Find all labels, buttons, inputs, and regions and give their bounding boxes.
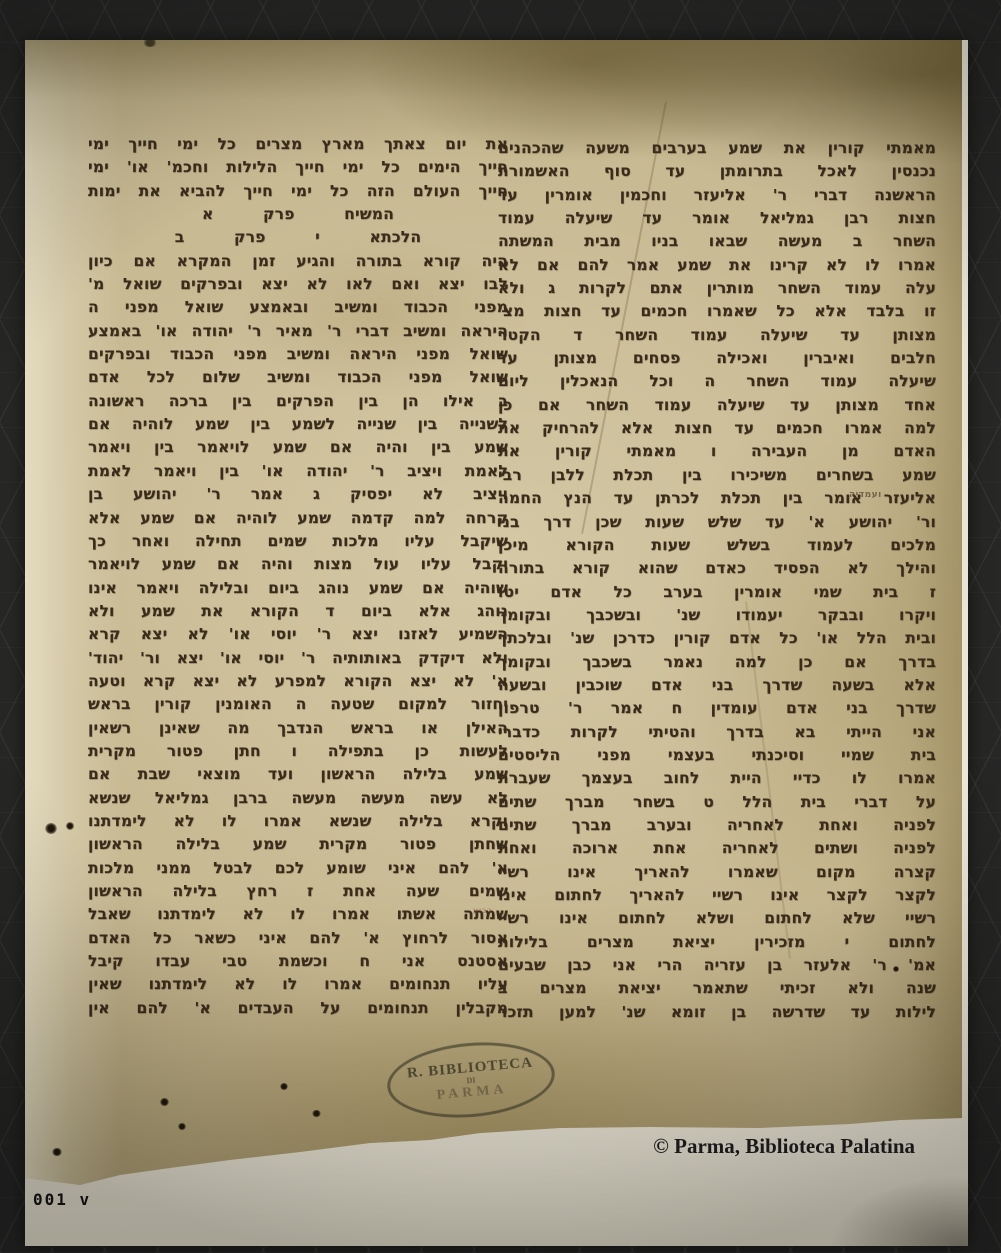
- manuscript-line: לפניה ואחת לאחריה ובערב מברך שתים: [498, 814, 936, 837]
- manuscript-line: השמיע לאזנו יצא ר' יוסי או' לא יצא קרא: [88, 623, 508, 646]
- manuscript-line: מקבלין תנחומים על העבדים א' להם אין: [88, 997, 508, 1020]
- manuscript-line: ויציב לא יפסיק ג אמר ר' יהושע בן: [88, 483, 508, 506]
- manuscript-line: חלבים ואיברין ואכילה פסחים מצותן עד: [498, 347, 936, 370]
- manuscript-line: האדם מן העבירה ו מאמתי קורין את: [498, 440, 936, 463]
- manuscript-line: את יום צאתך מארץ מצרים כל ימי חייך ימי: [88, 133, 508, 156]
- manuscript-line: ולא דיקדק באותותיה ר' יוסי או' יצא ור' י…: [88, 647, 508, 670]
- credit-line: © Parma, Biblioteca Palatina: [653, 1134, 915, 1159]
- manuscript-line: לקצר לקצר אינו רשיי להאריך לחתום אינו: [498, 884, 936, 907]
- manuscript-line: היה קורא בתורה והגיע זמן המקרא אם כיון: [88, 250, 508, 273]
- manuscript-line: שיקבל עליו מלכות שמים תחילה ואחר כך: [88, 530, 508, 553]
- manuscript-line: לאמת ויציב ר' יהודה או' בין ויאמר לאמת: [88, 460, 508, 483]
- manuscript-line: והילך לא הפסיד כאדם שהוא קורא בתורה: [498, 557, 936, 580]
- wormhole: [45, 823, 57, 834]
- manuscript-line: שואל מפני הכבוד ומשיב שלום לכל אדם: [88, 366, 508, 389]
- manuscript-line: מפני הכבוד ומשיב ובאמצע שואל מפני ה: [88, 296, 508, 319]
- manuscript-column-left: את יום צאתך מארץ מצרים כל ימי חייך ימיחי…: [88, 133, 508, 1020]
- manuscript-line: בית שמיי וסיכנתי בעצמי מפני הליסטים: [498, 744, 936, 767]
- manuscript-line: שדרך בני אדם עומדין ח אמר ר' טרפון: [498, 697, 936, 720]
- manuscript-line: אמרו לו לא קרינו את שמע אמר להם אם לא: [498, 254, 936, 277]
- folio-label: 001 v: [33, 1190, 91, 1209]
- manuscript-line: רשיי שלא לחתום ושלא לחתום אינו רשיי: [498, 907, 936, 930]
- manuscript-line: אסור לרחוץ א' להם איני כשאר כל האדם: [88, 927, 508, 950]
- marginal-gloss: ועמדיה: [849, 490, 882, 500]
- manuscript-line: למה אמרו חכמים עד חצות אלא להרחיק את: [498, 417, 936, 440]
- manuscript-line: ז בית שמי אומרין בערב כל אדם יטו: [498, 581, 936, 604]
- manuscript-line: קצרה מקום שאמרו להאריך אינו רשיי: [498, 861, 936, 884]
- manuscript-line: שמע בשחרים משיכירו בין תכלת ללבן רבי: [498, 464, 936, 487]
- manuscript-line: אני הייתי בא בדרך והטיתי לקרות כדברי: [498, 721, 936, 744]
- manuscript-page: מאמתי קורין את שמע בערבים משעה שהכהניםנכ…: [25, 40, 962, 1190]
- manuscript-line: היראה ומשיב דברי ר' מאיר ר' יהודה או' בא…: [88, 320, 508, 343]
- wormhole: [66, 822, 74, 830]
- manuscript-line: שמתה אשתו אמרו לו לא לימדתנו שאבל: [88, 903, 508, 926]
- photo-backdrop: מאמתי קורין את שמע בערבים משעה שהכהניםנכ…: [0, 0, 1001, 1253]
- manuscript-line: וקרא בלילה שנשא אמרו לו לא לימדתנו: [88, 810, 508, 833]
- wormhole: [280, 1083, 288, 1090]
- wormhole: [178, 1123, 186, 1130]
- manuscript-line: יחזור למקום שטעה ה האומנין קורין בראש: [88, 693, 508, 716]
- manuscript-line: זו בלבד אלא כל שאמרו חכמים עד חצות מצ': [498, 300, 936, 323]
- manuscript-line: אסטנס אני ח וכשמת טבי עבדו קיבל: [88, 950, 508, 973]
- manuscript-line: השחר ב מעשה שבאו בניו מבית המשתה: [498, 230, 936, 253]
- gutter-gloss: רביע: [473, 906, 492, 915]
- manuscript-line: חייך הימים כל ימי חייך הלילות וחכמ' או' …: [88, 156, 508, 179]
- manuscript-line: מלכים לעמוד בשלש שעות הקורא מיכן: [498, 534, 936, 557]
- manuscript-line: מצותן עד שיעלה עמוד השחר ד הקטר: [498, 324, 936, 347]
- manuscript-line: בדרך אם כן למה נאמר בשכבך ובקומך: [498, 651, 936, 674]
- manuscript-line: האילן או בראש הנדבך מה שאינן רשאין: [88, 717, 508, 740]
- manuscript-line: א' לא יצא הקורא למפרע לא יצא קרא וטעה: [88, 670, 508, 693]
- stamp-text: PARMA: [436, 1082, 508, 1103]
- manuscript-line: אמ' ר' אלעזר בן עזריה הרי אני כבן שבעים: [498, 954, 936, 977]
- wormhole: [893, 966, 899, 972]
- manuscript-line: ב אילו הן בין הפרקים בין ברכה ראשונה: [88, 390, 508, 413]
- manuscript-line: לבו יצא ואם לאו לא יצא ובפרקים שואל מ': [88, 273, 508, 296]
- manuscript-line: שיעלה עמוד השחר ה וכל הנאכלין ליום: [498, 370, 936, 393]
- photo-mount: מאמתי קורין את שמע בערבים משעה שהכהניםנכ…: [25, 40, 968, 1246]
- manuscript-line: עליו תנחומים אמרו לו לא לימדתנו שאין: [88, 973, 508, 996]
- manuscript-line: שמים שעה אחת ז רחץ בלילה הראשון: [88, 880, 508, 903]
- manuscript-line: קרחה למה קדמה שמע לוהיה אם שמע אלא: [88, 507, 508, 530]
- manuscript-line: לחתום י מזכירין יציאת מצרים בלילות: [498, 931, 936, 954]
- manuscript-line: ובית הלל או' כל אדם קורין כדרכן שנ' ובלכ…: [498, 627, 936, 650]
- manuscript-line: שמע בלילה הראשון ועד מוצאי שבת אם: [88, 763, 508, 786]
- library-stamp: R. BIBLIOTECA DI PARMA: [384, 1036, 558, 1124]
- ink-spot: [143, 38, 157, 47]
- manuscript-line: שוהיה אם שמע נוהג ביום ובלילה ויאמר אינו: [88, 577, 508, 600]
- manuscript-line: חצות רבן גמליאל אומר עד שיעלה עמוד: [498, 207, 936, 230]
- manuscript-line: אחד מצותן עד שיעלה עמוד השחר אם כן: [498, 394, 936, 417]
- manuscript-line: הלכתא י פרק ב: [88, 226, 508, 249]
- manuscript-line: חייך העולם הזה כל ימי חייך להביא את ימות: [88, 180, 508, 203]
- manuscript-line: על דברי בית הלל ט בשחר מברך שתים: [498, 791, 936, 814]
- manuscript-line: המשיח פרק א: [88, 203, 508, 226]
- manuscript-line: מאמתי קורין את שמע בערבים משעה שהכהנים: [498, 137, 936, 160]
- wormhole: [312, 1110, 321, 1117]
- manuscript-line: עלה עמוד השחר מותרין אתם לקרות ג ולא: [498, 277, 936, 300]
- wormhole: [160, 1098, 169, 1106]
- manuscript-line: נכנסין לאכל בתרומתן עד סוף האשמורת: [498, 160, 936, 183]
- manuscript-line: אמרו לו כדיי היית לחוב בעצמך שעברת: [498, 767, 936, 790]
- manuscript-line: שחתן פטור מקרית שמע בלילה הראשון: [88, 833, 508, 856]
- manuscript-column-right: מאמתי קורין את שמע בערבים משעה שהכהניםנכ…: [498, 137, 936, 1024]
- manuscript-line: אלא בשעה שדרך בני אדם שוכבין ובשעה: [498, 674, 936, 697]
- corner-shadow: [828, 1176, 968, 1246]
- wormhole: [52, 1148, 62, 1156]
- manuscript-line: לילות עד שדרשה בן זומא שנ' למען תזכר: [498, 1001, 936, 1024]
- manuscript-line: לפניה ושתים לאחריה אחת ארוכה ואחת: [498, 837, 936, 860]
- manuscript-line: יקבל עליו עול מצות והיה אם שמע לויאמר: [88, 553, 508, 576]
- manuscript-line: נוהג אלא ביום ד הקורא את שמע ולא: [88, 600, 508, 623]
- manuscript-line: ור' יהושע א' עד שלש שעות שכן דרך בני: [498, 511, 936, 534]
- manuscript-line: שמע בין והיה אם שמע לויאמר בין ויאמר: [88, 436, 508, 459]
- manuscript-line: לא עשה מעשה מעשה ברבן גמליאל שנשא: [88, 787, 508, 810]
- manuscript-line: שנה ולא זכיתי שתאמר יציאת מצרים ב: [498, 977, 936, 1000]
- manuscript-line: לשנייה בין שנייה לשמע בין שמע לוהיה אם: [88, 413, 508, 436]
- manuscript-line: שואל מפני היראה ומשיב מפני הכבוד ובפרקים: [88, 343, 508, 366]
- manuscript-line: ויקרו ובבקר יעמודו שנ' ובשכבך ובקומך: [498, 604, 936, 627]
- manuscript-line: לעשות כן בתפילה ו חתן פטור מקרית: [88, 740, 508, 763]
- manuscript-line: הראשנה דברי ר' אליעזר וחכמין אומרין עד: [498, 184, 936, 207]
- manuscript-line: א' להם איני שומע לכם לבטל ממני מלכות: [88, 857, 508, 880]
